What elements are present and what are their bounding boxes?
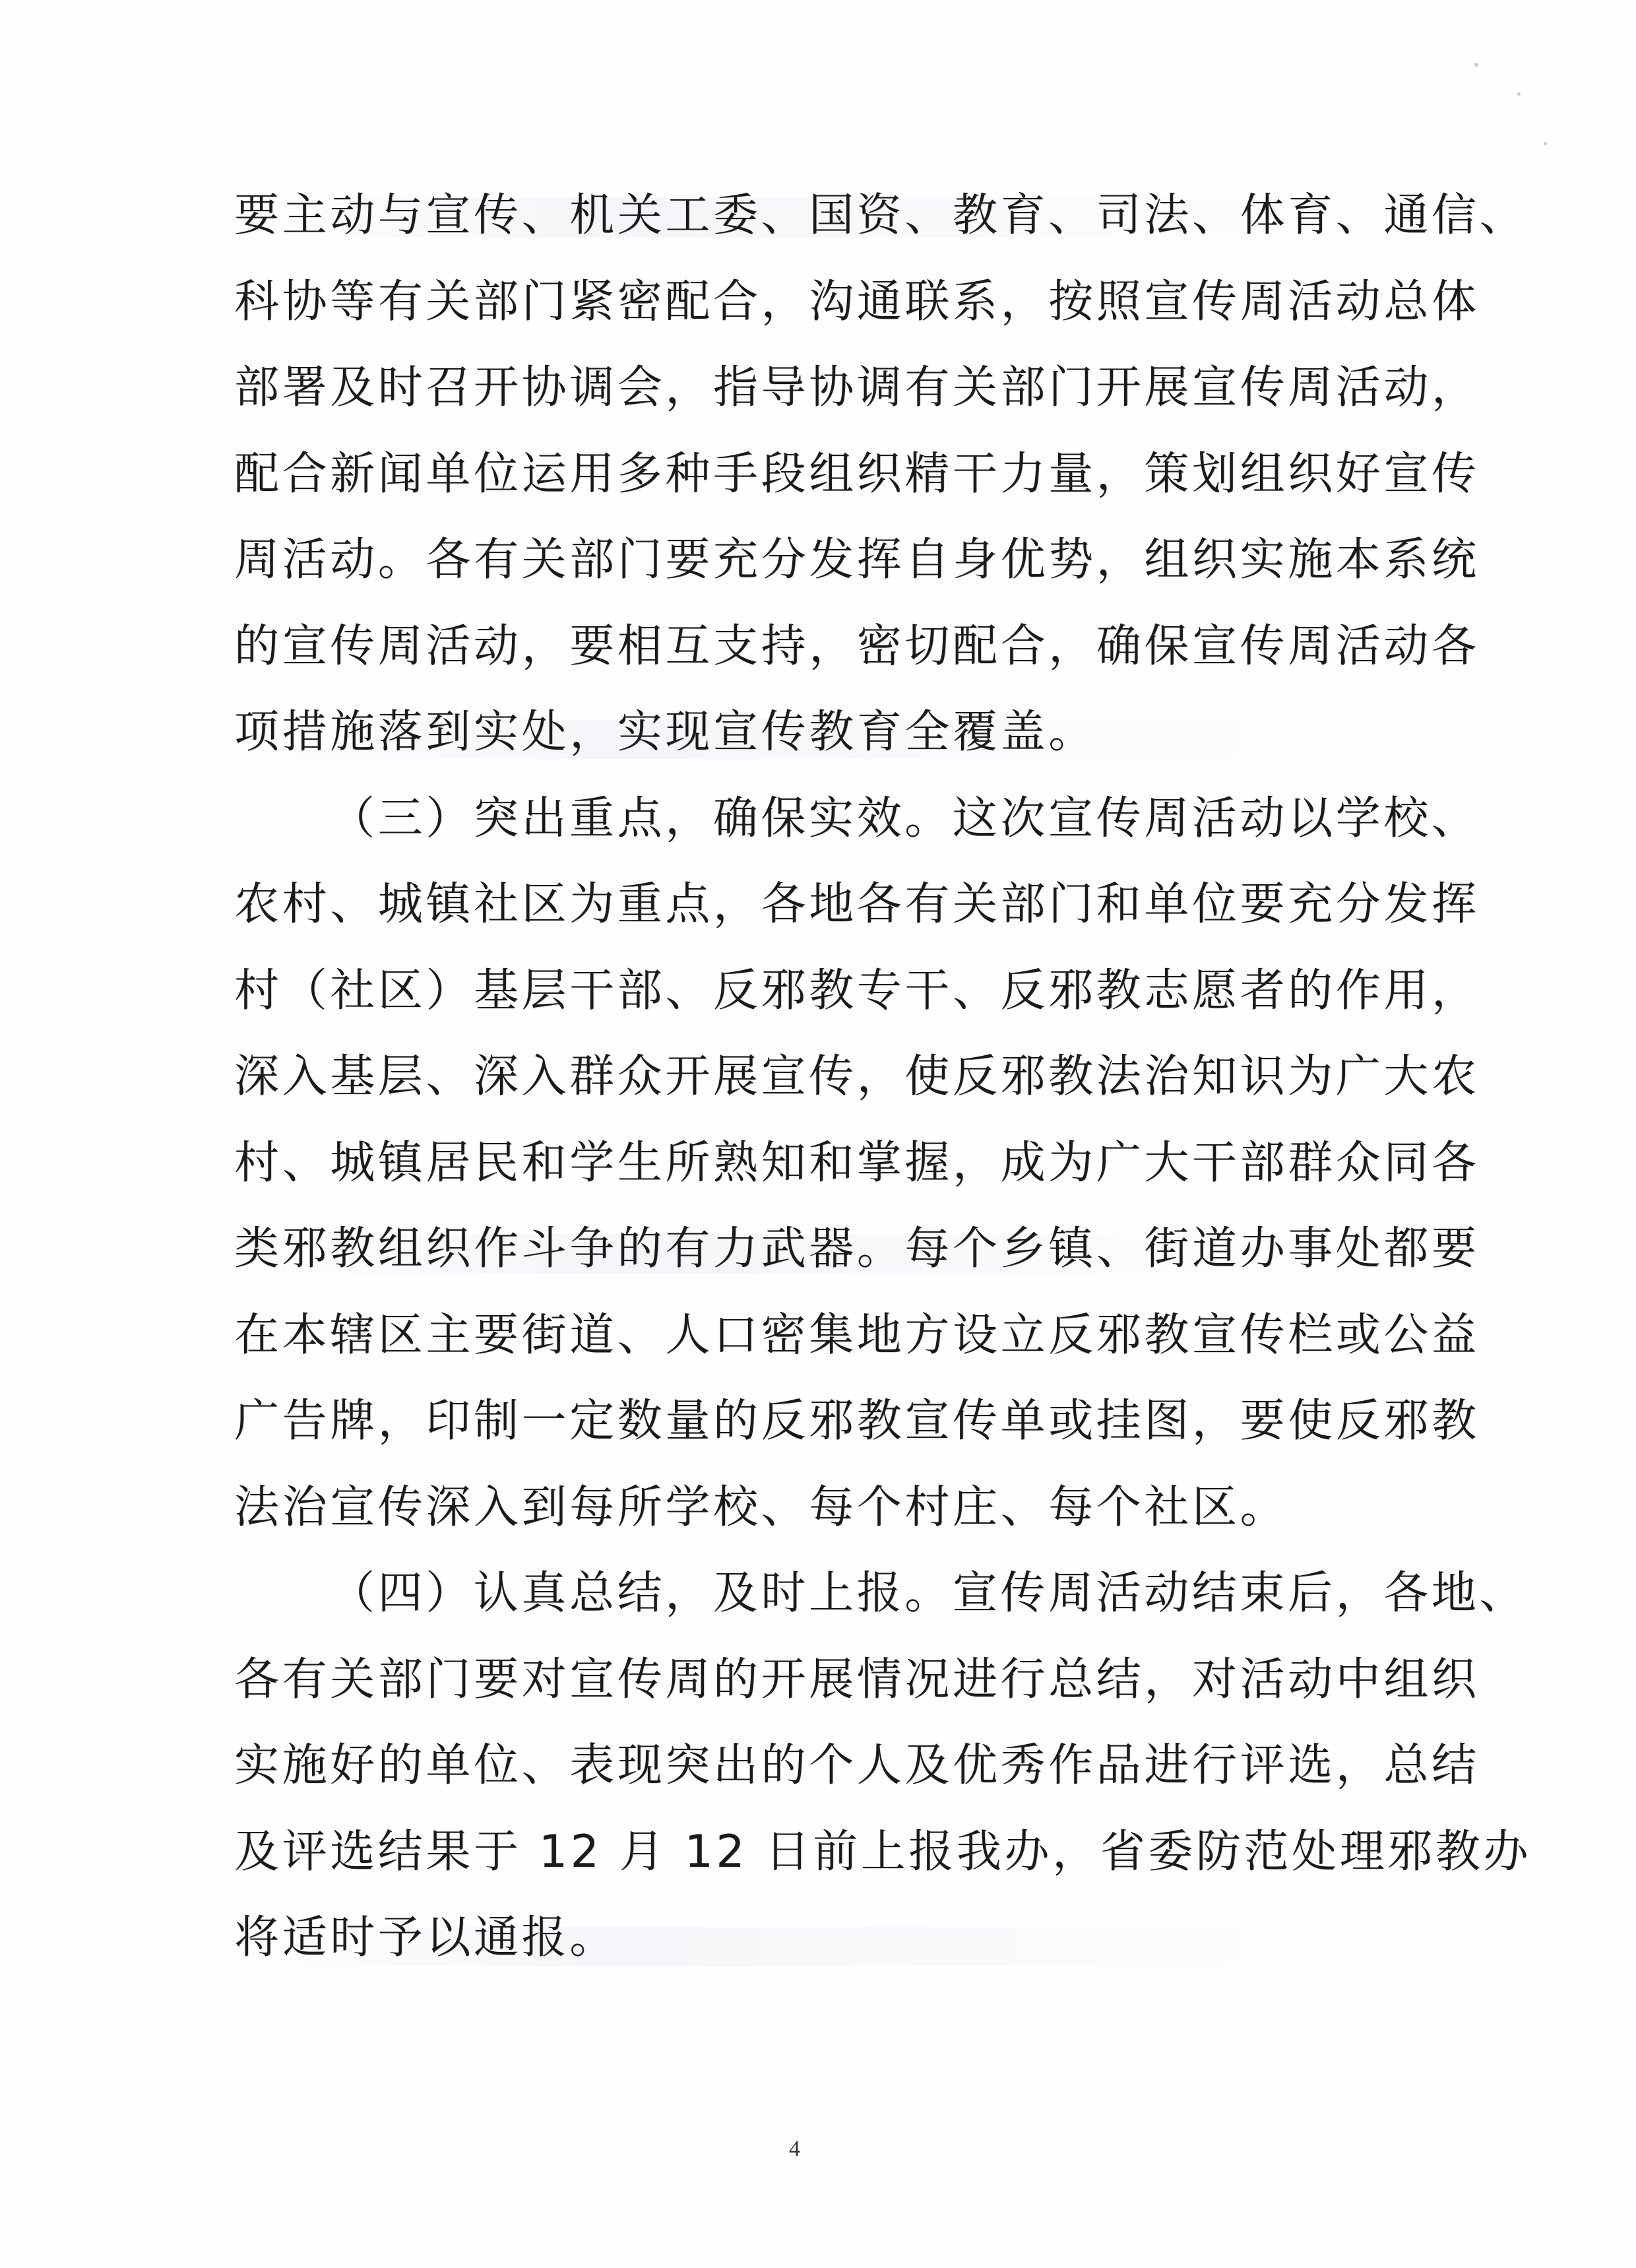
text-line: 村（社区）基层干部、反邪教专干、反邪教志愿者的作用， bbox=[234, 948, 1395, 1035]
text-line: 的宣传周活动，要相互支持，密切配合，确保宣传周活动各 bbox=[234, 604, 1395, 690]
document-body: 要主动与宣传、机关工委、国资、教育、司法、体育、通信、 科协等有关部门紧密配合，… bbox=[234, 173, 1395, 1982]
text-line: 类邪教组织作斗争的有力武器。每个乡镇、街道办事处都要 bbox=[234, 1206, 1395, 1293]
text-line: 将适时予以通报。 bbox=[234, 1895, 1395, 1982]
text-line: 科协等有关部门紧密配合，沟通联系，按照宣传周活动总体 bbox=[234, 259, 1395, 346]
section-heading-line: （四）认真总结，及时上报。宣传周活动结束后，各地、 bbox=[234, 1551, 1395, 1637]
text-line: 实施好的单位、表现突出的个人及优秀作品进行评选，总结 bbox=[234, 1723, 1395, 1809]
scan-speck bbox=[1517, 92, 1521, 96]
page-number: 4 bbox=[789, 2137, 800, 2162]
text-line: 广告牌，印制一定数量的反邪教宣传单或挂图，要使反邪教 bbox=[234, 1378, 1395, 1465]
scanned-page: 要主动与宣传、机关工委、国资、教育、司法、体育、通信、 科协等有关部门紧密配合，… bbox=[0, 0, 1636, 2268]
text-line: 部署及时召开协调会，指导协调有关部门开展宣传周活动， bbox=[234, 345, 1395, 432]
text-line: 及评选结果于 12 月 12 日前上报我办，省委防范处理邪教办 bbox=[234, 1809, 1395, 1896]
text-line: 农村、城镇社区为重点，各地各有关部门和单位要充分发挥 bbox=[234, 862, 1395, 948]
text-line: 深入基层、深入群众开展宣传，使反邪教法治知识为广大农 bbox=[234, 1034, 1395, 1120]
text-line: 村、城镇居民和学生所熟知和掌握，成为广大干部群众同各 bbox=[234, 1120, 1395, 1207]
text-line: 周活动。各有关部门要充分发挥自身优势，组织实施本系统 bbox=[234, 517, 1395, 604]
text-line: 项措施落到实处，实现宣传教育全覆盖。 bbox=[234, 690, 1395, 776]
text-line: 在本辖区主要街道、人口密集地方设立反邪教宣传栏或公益 bbox=[234, 1293, 1395, 1379]
text-line: 各有关部门要对宣传周的开展情况进行总结，对活动中组织 bbox=[234, 1637, 1395, 1724]
scan-speck bbox=[1544, 142, 1547, 145]
text-line: 法治宣传深入到每所学校、每个村庄、每个社区。 bbox=[234, 1465, 1395, 1551]
section-heading-line: （三）突出重点，确保实效。这次宣传周活动以学校、 bbox=[234, 776, 1395, 862]
scan-speck bbox=[1474, 63, 1478, 67]
text-line: 要主动与宣传、机关工委、国资、教育、司法、体育、通信、 bbox=[234, 173, 1395, 259]
text-line: 配合新闻单位运用多种手段组织精干力量，策划组织好宣传 bbox=[234, 432, 1395, 518]
